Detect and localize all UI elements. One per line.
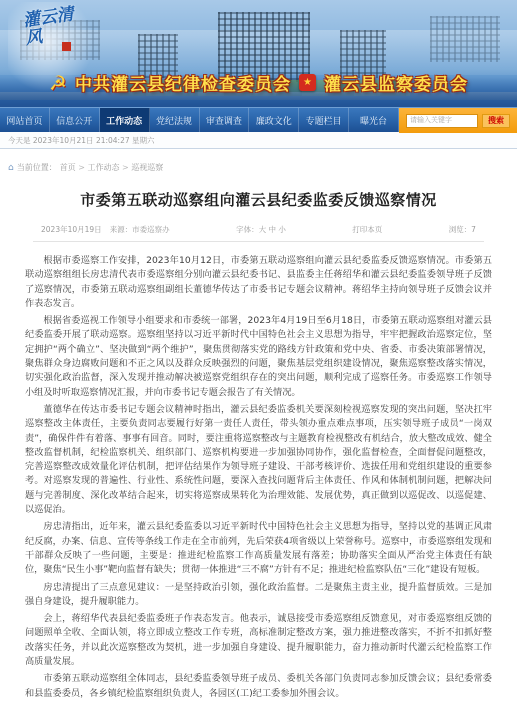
nav-item[interactable]: 工作动态 bbox=[100, 108, 150, 132]
org-name-discipline-commission: 中共灌云县纪律检查委员会 bbox=[75, 70, 291, 95]
article-paragraph: 根据市委巡察工作安排，2023年10月12日，市委第五联动巡察组向灌云县纪委监委… bbox=[25, 254, 492, 311]
site-banner: 灌云清风 ☭ 中共灌云县纪律检查委员会 ★ 灌云县监察委员会 bbox=[0, 0, 517, 107]
meta-left: 2023年10月19日 来源：市委巡察办 bbox=[41, 224, 170, 235]
nav-item[interactable]: 网站首页 bbox=[0, 108, 50, 132]
article-paragraph: 市委第五联动巡察组全体同志，县纪委监委领导班子成员、委机关各部门负责同志参加反馈… bbox=[25, 672, 492, 701]
print-button[interactable]: 打印本页 bbox=[352, 224, 382, 235]
breadcrumb-prefix: 当前位置： bbox=[17, 162, 57, 173]
search-input[interactable] bbox=[406, 114, 478, 128]
banner-building bbox=[430, 16, 500, 62]
article-paragraph: 房忠清指出，近年来，灌云县纪委监委以习近平新时代中国特色社会主义思想为指导，坚持… bbox=[25, 520, 492, 577]
breadcrumb-separator: > bbox=[120, 163, 132, 172]
article-meta: 2023年10月19日 来源：市委巡察办 字体：大 中 小 打印本页 浏览：7 bbox=[33, 224, 484, 242]
breadcrumb-link[interactable]: 首页 bbox=[60, 163, 76, 172]
nav-item[interactable]: 专题栏目 bbox=[299, 108, 349, 132]
nav-list: 网站首页信息公开工作动态党纪法规审查调查廉政文化专题栏目曝光台 bbox=[0, 108, 399, 132]
org-name-supervision-commission: 灌云县监察委员会 bbox=[324, 70, 468, 95]
nav-item[interactable]: 党纪法规 bbox=[150, 108, 200, 132]
article-paragraph: 房忠清提出了三点意见建议：一是坚持政治引领，强化政治监督。二是聚焦主责主业，提升… bbox=[25, 581, 492, 610]
org-title-row: ☭ 中共灌云县纪律检查委员会 ★ 灌云县监察委员会 bbox=[0, 70, 517, 95]
article-paragraph: 董德华在传达市委书记专题会议精神时指出，灌云县纪委监委机关要深刻检视巡察发现的突… bbox=[25, 403, 492, 517]
nav-item[interactable]: 审查调查 bbox=[200, 108, 250, 132]
home-icon: ⌂ bbox=[8, 163, 14, 173]
nav-item[interactable]: 廉政文化 bbox=[249, 108, 299, 132]
article-paragraph: 会上，蒋绍华代表县纪委监委班子作表态发言。他表示，诚恳接受市委巡察组反馈意见，对… bbox=[25, 612, 492, 669]
article-body: 根据市委巡察工作安排，2023年10月12日，市委第五联动巡察组向灌云县纪委监委… bbox=[25, 254, 492, 701]
date-bar: 今天是 2023年10月21日 21:04:27 星期六 bbox=[0, 132, 517, 149]
main-nav: 网站首页信息公开工作动态党纪法规审查调查廉政文化专题栏目曝光台 搜索 bbox=[0, 107, 517, 132]
search-area: 搜索 bbox=[399, 108, 517, 133]
breadcrumb-link: 巡视巡察 bbox=[131, 163, 163, 172]
search-button[interactable]: 搜索 bbox=[482, 114, 510, 128]
view-count: 浏览：7 bbox=[449, 224, 476, 235]
breadcrumb-separator: > bbox=[76, 163, 88, 172]
breadcrumb-items: 首页 > 工作动态 > 巡视巡察 bbox=[60, 162, 164, 173]
font-size-switcher[interactable]: 字体：大 中 小 bbox=[236, 224, 286, 235]
breadcrumb-link[interactable]: 工作动态 bbox=[88, 163, 120, 172]
nav-item[interactable]: 曝光台 bbox=[349, 108, 399, 132]
party-emblem-icon: ☭ bbox=[49, 73, 67, 93]
logo-seal bbox=[62, 42, 71, 51]
nav-item[interactable]: 信息公开 bbox=[50, 108, 100, 132]
current-date-text: 今天是 2023年10月21日 21:04:27 星期六 bbox=[8, 135, 155, 146]
article-date: 2023年10月19日 bbox=[41, 224, 102, 235]
article-paragraph: 根据省委巡视工作领导小组要求和市委统一部署，2023年4月19日至6月18日，市… bbox=[25, 314, 492, 400]
article-source: 来源：市委巡察办 bbox=[110, 224, 170, 235]
national-emblem-icon: ★ bbox=[299, 74, 316, 91]
breadcrumb: ⌂ 当前位置： 首页 > 工作动态 > 巡视巡察 bbox=[8, 162, 517, 173]
page-title: 市委第五联动巡察组向灌云县纪委监委反馈巡察情况 bbox=[25, 189, 492, 210]
article-page: 市委第五联动巡察组向灌云县纪委监委反馈巡察情况 2023年10月19日 来源：市… bbox=[0, 189, 517, 701]
